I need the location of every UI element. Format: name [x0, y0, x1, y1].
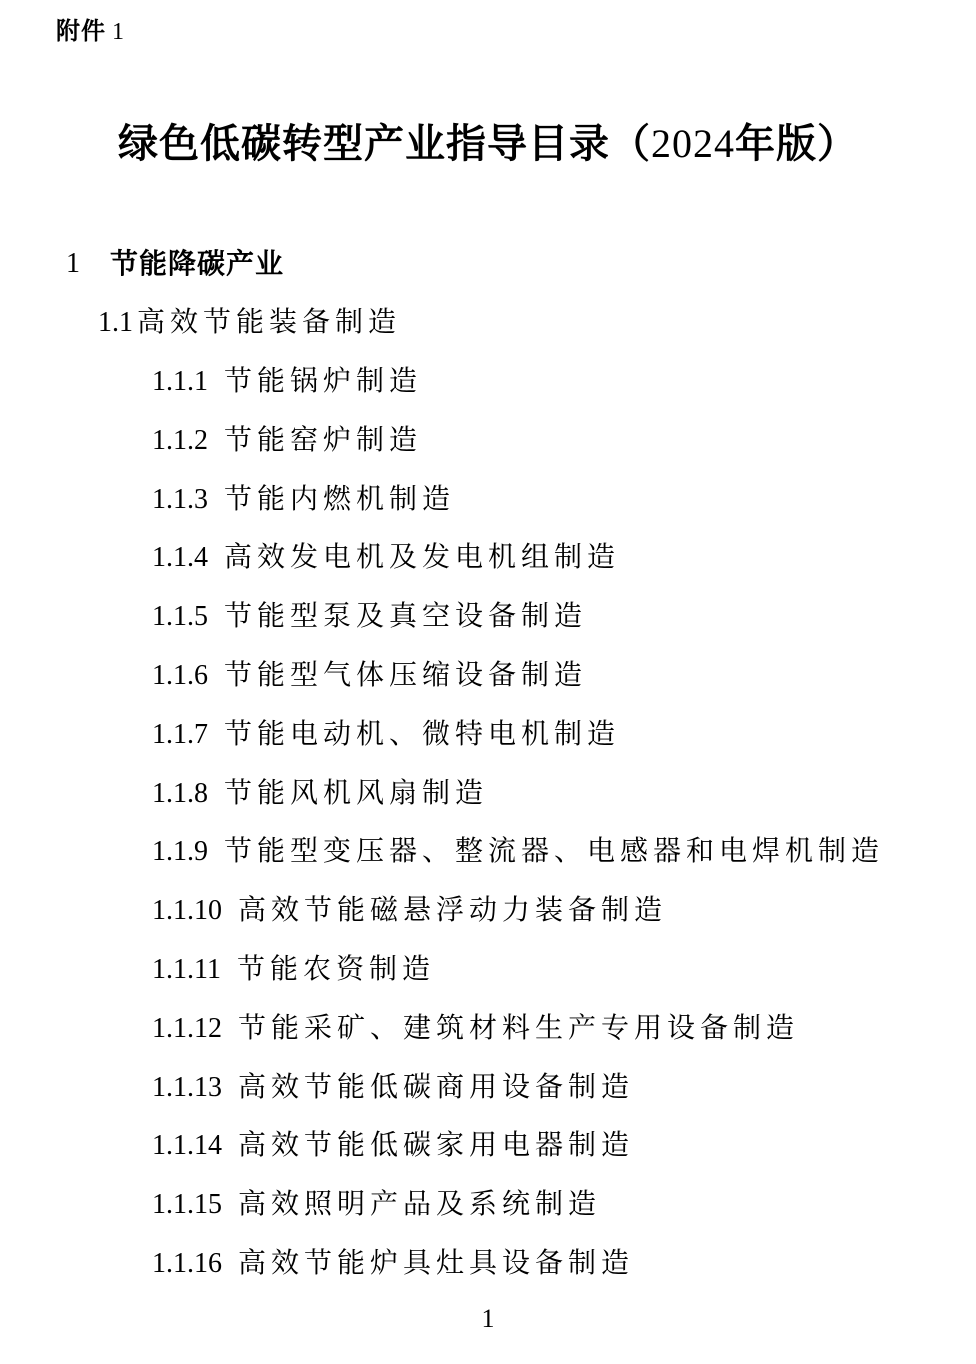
item-number: 1.1.10	[152, 891, 222, 950]
title-suffix: 年版）	[735, 121, 858, 167]
attachment-number: 1	[112, 19, 125, 45]
list-item: 1.1.1节能锅炉制造	[152, 362, 884, 421]
item-title: 高效发电机及发电机组制造	[224, 538, 620, 597]
item-title: 高效节能低碳家用电器制造	[238, 1126, 634, 1185]
item-number: 1.1.16	[152, 1244, 222, 1303]
list-item: 1.1.12节能采矿、建筑材料生产专用设备制造	[152, 1009, 884, 1068]
subsection-number: 1.1	[98, 303, 133, 343]
subsection-heading: 1.1 高效节能装备制造	[98, 303, 401, 343]
item-title: 节能型泵及真空设备制造	[224, 597, 587, 656]
item-title: 节能窑炉制造	[224, 421, 422, 480]
subsection-title: 高效节能装备制造	[137, 303, 401, 343]
item-number: 1.1.7	[152, 715, 208, 774]
item-title: 高效节能炉具灶具设备制造	[238, 1244, 634, 1303]
item-title: 节能风机风扇制造	[224, 774, 488, 833]
item-number: 1.1.13	[152, 1068, 222, 1127]
list-item: 1.1.14高效节能低碳家用电器制造	[152, 1126, 884, 1185]
title-main: 绿色低碳转型产业指导目录（	[118, 121, 651, 167]
section-number: 1	[66, 244, 110, 284]
item-list: 1.1.1节能锅炉制造 1.1.2节能窑炉制造 1.1.3节能内燃机制造 1.1…	[152, 362, 884, 1303]
list-item: 1.1.16高效节能炉具灶具设备制造	[152, 1244, 884, 1303]
item-title: 高效节能磁悬浮动力装备制造	[238, 891, 667, 950]
item-number: 1.1.9	[152, 832, 208, 891]
attachment-label: 附件1	[56, 14, 125, 49]
title-year: 2024	[651, 121, 735, 166]
list-item: 1.1.2节能窑炉制造	[152, 421, 884, 480]
list-item: 1.1.7节能电动机、微特电机制造	[152, 715, 884, 774]
item-title: 节能锅炉制造	[224, 362, 422, 421]
item-title: 节能型变压器、整流器、电感器和电焊机制造	[224, 832, 884, 891]
list-item: 1.1.13高效节能低碳商用设备制造	[152, 1068, 884, 1127]
item-number: 1.1.15	[152, 1185, 222, 1244]
item-number: 1.1.6	[152, 656, 208, 715]
item-number: 1.1.12	[152, 1009, 222, 1068]
list-item: 1.1.10高效节能磁悬浮动力装备制造	[152, 891, 884, 950]
list-item: 1.1.8节能风机风扇制造	[152, 774, 884, 833]
section-heading: 1 节能降碳产业	[66, 244, 284, 284]
item-title: 高效节能低碳商用设备制造	[238, 1068, 634, 1127]
list-item: 1.1.9节能型变压器、整流器、电感器和电焊机制造	[152, 832, 884, 891]
item-number: 1.1.14	[152, 1126, 222, 1185]
list-item: 1.1.15高效照明产品及系统制造	[152, 1185, 884, 1244]
item-number: 1.1.5	[152, 597, 208, 656]
item-title: 节能电动机、微特电机制造	[224, 715, 620, 774]
item-number: 1.1.3	[152, 480, 208, 539]
list-item: 1.1.5节能型泵及真空设备制造	[152, 597, 884, 656]
item-title: 节能农资制造	[237, 950, 435, 1009]
attachment-label-text: 附件	[56, 17, 106, 45]
item-number: 1.1.11	[152, 950, 221, 1009]
item-number: 1.1.8	[152, 774, 208, 833]
list-item: 1.1.6节能型气体压缩设备制造	[152, 656, 884, 715]
item-title: 节能型气体压缩设备制造	[224, 656, 587, 715]
item-title: 高效照明产品及系统制造	[238, 1185, 601, 1244]
section-title: 节能降碳产业	[110, 244, 284, 284]
document-title: 绿色低碳转型产业指导目录（2024年版）	[0, 116, 976, 172]
item-number: 1.1.2	[152, 421, 208, 480]
item-number: 1.1.4	[152, 538, 208, 597]
page-number: 1	[0, 1302, 976, 1336]
list-item: 1.1.11节能农资制造	[152, 950, 884, 1009]
item-title: 节能内燃机制造	[224, 480, 455, 539]
item-title: 节能采矿、建筑材料生产专用设备制造	[238, 1009, 799, 1068]
item-number: 1.1.1	[152, 362, 208, 421]
list-item: 1.1.3节能内燃机制造	[152, 480, 884, 539]
list-item: 1.1.4高效发电机及发电机组制造	[152, 538, 884, 597]
